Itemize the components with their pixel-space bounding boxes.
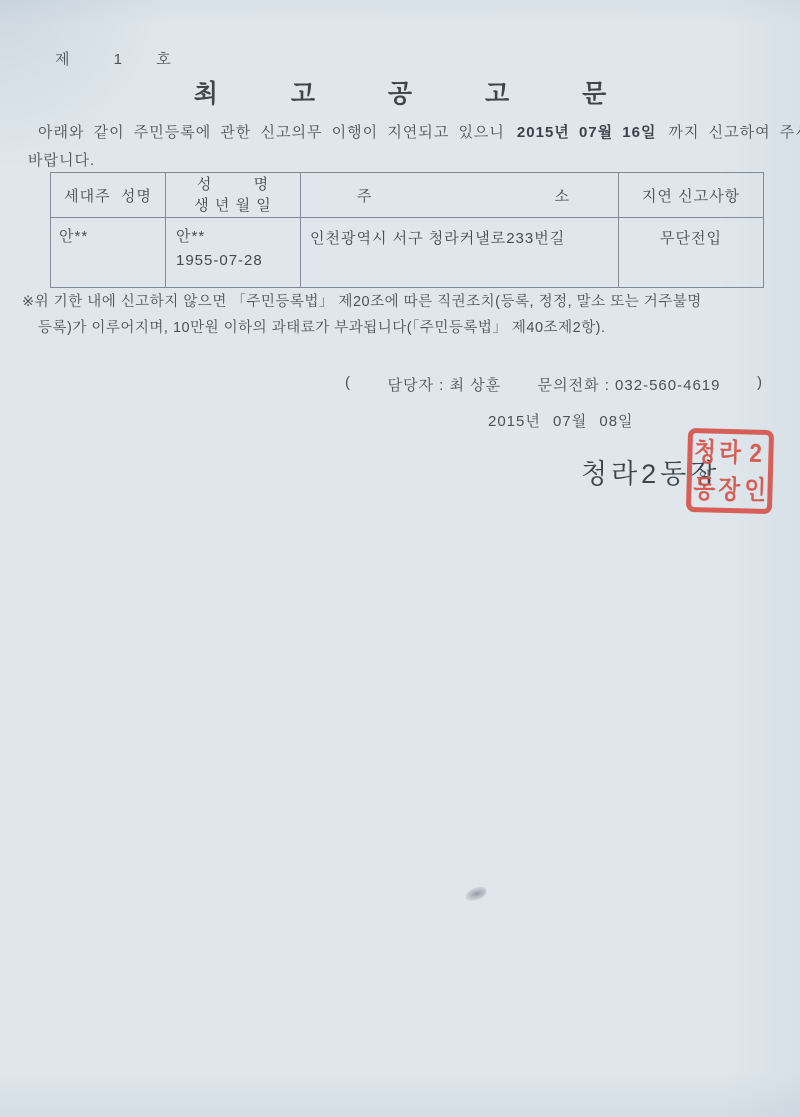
doc-number-value: 1 [114, 51, 123, 68]
intro-text-before-date: 아래와 같이 주민등록에 관한 신고의무 이행이 지연되고 있으니 [38, 124, 505, 141]
page-title: 최 고 공 고 문 [0, 74, 800, 110]
cell-name-birthdate: 안** 1955-07-28 [166, 218, 301, 288]
intro-line-1: 아래와 같이 주민등록에 관한 신고의무 이행이 지연되고 있으니2015년 0… [38, 121, 800, 142]
scanned-notice-document: 제 1 호 최 고 공 고 문 아래와 같이 주민등록에 관한 신고의무 이행이… [0, 0, 800, 1117]
doc-number-prefix: 제 [55, 48, 71, 69]
issue-date: 2015년 07월 08일 [488, 410, 634, 431]
cell-name: 안** [176, 225, 300, 249]
stamp-char-4: 동 [693, 476, 715, 503]
header-address-right: 소 [555, 185, 571, 206]
header-delay-item: 지연 신고사항 [619, 173, 764, 218]
stamp-char-5: 장 [718, 476, 740, 503]
cell-delay-item: 무단전입 [619, 218, 764, 288]
footnote-line-1: ※위 기한 내에 신고하지 않으면 「주민등록법」 제20조에 따른 직권조치(… [22, 290, 702, 311]
header-name-line1: 성 명 [166, 174, 300, 195]
footnote-line-2: 등록)가 이루어지며, 10만원 이하의 과태료가 부과됩니다(「주민등록법」 … [38, 316, 606, 337]
official-red-seal-stamp: 청 라 2 동 장 인 [686, 428, 774, 514]
delayed-report-table: 세대주 성명 성 명 생 년 월 일 주 소 지연 신고사항 안** 안** 1… [50, 172, 764, 288]
header-householder-name: 세대주 성명 [51, 173, 166, 218]
document-number: 제 1 호 [55, 48, 172, 69]
stamp-char-2: 라 [719, 439, 741, 466]
header-name-line2: 생 년 월 일 [166, 195, 300, 216]
contact-officer: 담당자 : 최 상훈 [387, 374, 501, 395]
contact-paren-close: ) [757, 374, 763, 395]
cell-address: 인천광역시 서구 청라커낼로233번길 [301, 218, 619, 288]
doc-number-suffix: 호 [156, 48, 172, 69]
intro-line-2: 바랍니다. [28, 149, 95, 170]
stamp-char-3: 2 [749, 440, 762, 466]
cell-householder: 안** [51, 218, 166, 288]
table-header-row: 세대주 성명 성 명 생 년 월 일 주 소 지연 신고사항 [51, 173, 764, 218]
header-address-left: 주 [357, 185, 373, 206]
contact-paren-open: ( [345, 374, 351, 395]
contact-line: ( 담당자 : 최 상훈 문의전화 : 032-560-4619 ) [345, 374, 763, 395]
stamp-char-6: 인 [744, 477, 766, 504]
stamp-char-1: 청 [694, 439, 716, 466]
deadline-date: 2015년 07월 16일 [517, 124, 657, 141]
header-name-birthdate: 성 명 생 년 월 일 [166, 173, 301, 218]
scan-smudge-artifact [464, 885, 489, 903]
cell-birthdate: 1955-07-28 [176, 249, 300, 273]
contact-phone: 문의전화 : 032-560-4619 [538, 374, 721, 395]
table-data-row: 안** 안** 1955-07-28 인천광역시 서구 청라커낼로233번길 무… [51, 218, 764, 288]
intro-text-after-date: 까지 신고하여 주시기 [668, 124, 800, 141]
header-address: 주 소 [301, 173, 619, 218]
